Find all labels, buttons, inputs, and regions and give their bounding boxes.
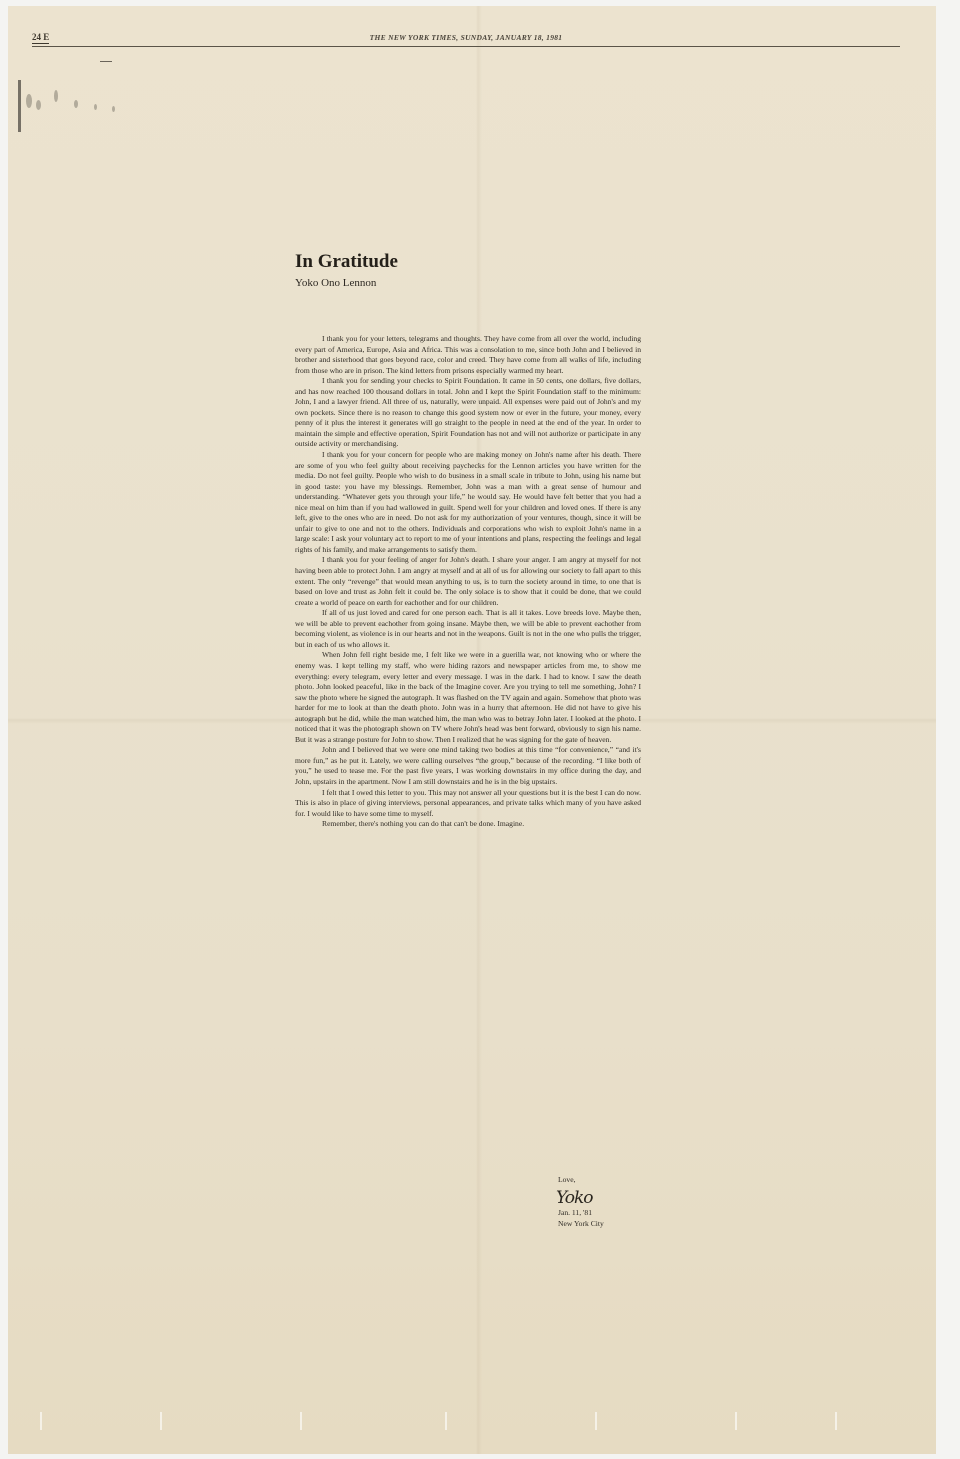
paragraph: John and I believed that we were one min… (295, 745, 641, 787)
article-byline: Yoko Ono Lennon (295, 276, 641, 290)
paragraph: I thank you for your feeling of anger fo… (295, 555, 641, 608)
ink-smudge (16, 80, 106, 134)
signature: Yoko (556, 1188, 593, 1208)
closing: Love, (558, 1175, 658, 1186)
letter-place: New York City (558, 1219, 658, 1230)
paragraph: I thank you for your concern for people … (295, 450, 641, 555)
article-title: In Gratitude (295, 250, 641, 274)
date-place: Jan. 11, '81 New York City (558, 1208, 658, 1229)
article: In Gratitude Yoko Ono Lennon I thank you… (295, 250, 641, 830)
paragraph: When John fell right beside me, I felt l… (295, 650, 641, 745)
paragraph: I thank you for your letters, telegrams … (295, 334, 641, 376)
rule-mark (100, 61, 112, 62)
paragraph: I felt that I owed this letter to you. T… (295, 788, 641, 820)
article-body: I thank you for your letters, telegrams … (295, 334, 641, 830)
paragraph: If all of us just loved and cared for on… (295, 608, 641, 650)
paragraph: Remember, there's nothing you can do tha… (295, 819, 641, 830)
letter-date: Jan. 11, '81 (558, 1208, 658, 1219)
masthead: 24 E THE NEW YORK TIMES, SUNDAY, JANUARY… (32, 32, 900, 47)
dateline: THE NEW YORK TIMES, SUNDAY, JANUARY 18, … (32, 33, 900, 42)
paragraph: I thank you for sending your checks to S… (295, 376, 641, 450)
fold-marks (0, 1412, 960, 1442)
page-edge (936, 0, 946, 1459)
